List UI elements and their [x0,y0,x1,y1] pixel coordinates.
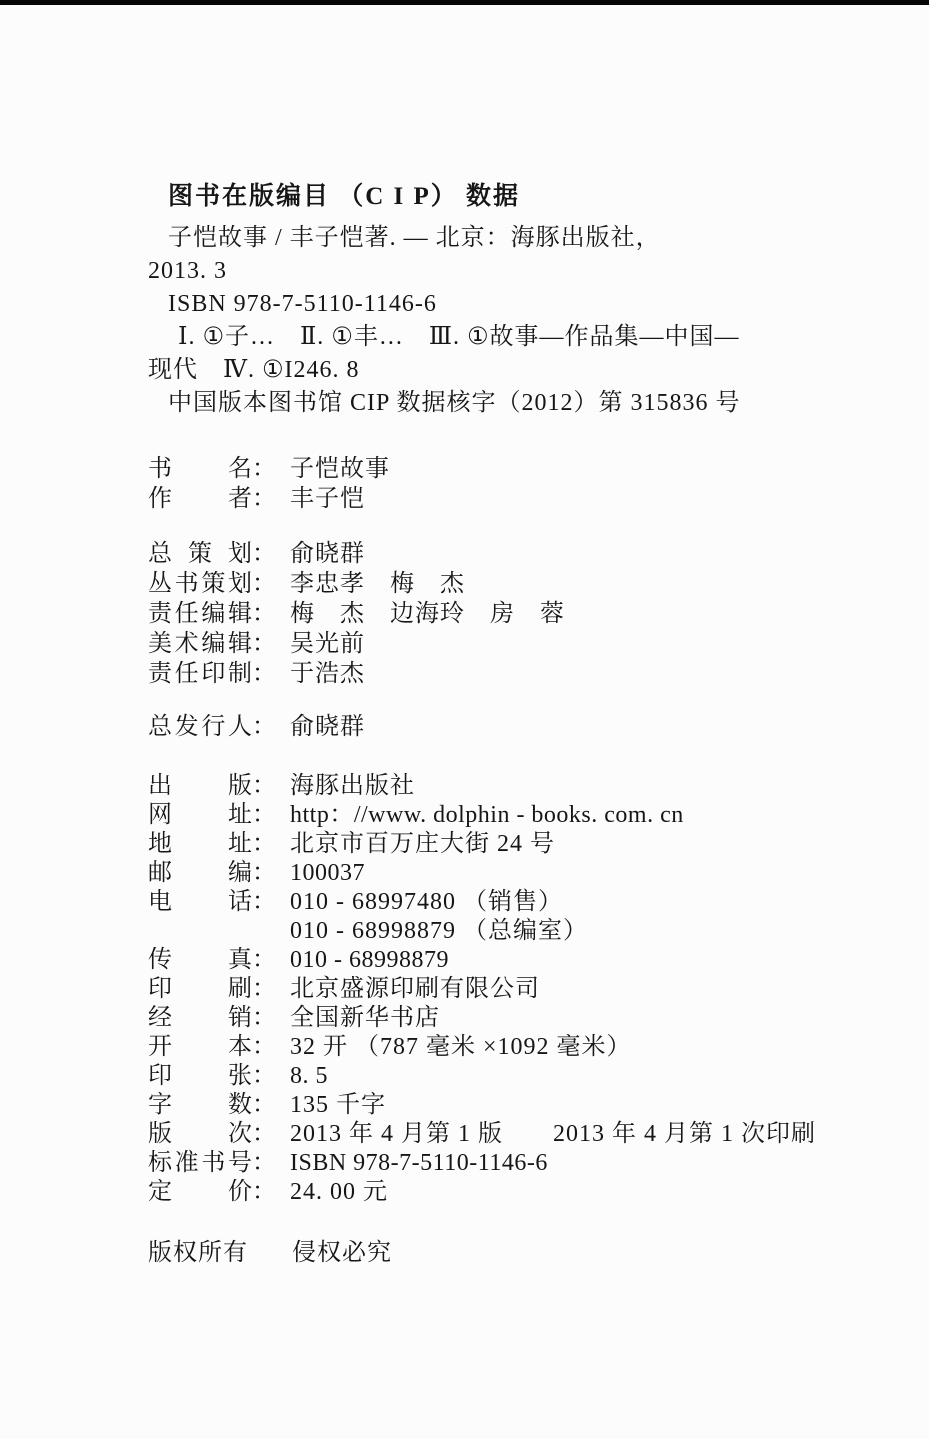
row-phone-2: 010 - 68998879 （总编室） [148,917,893,946]
row-label: 书名 [148,454,252,484]
row-postcode: 邮编：100037 [148,859,893,888]
cip-classification-2: 现代 Ⅳ. ①I246. 8 [148,354,893,387]
row-book-title: 书名：子恺故事 [148,454,893,484]
row-value: http：//www. dolphin - books. com. cn [290,802,684,828]
row-colon: ： [252,569,276,599]
row-label: 责任印制 [148,659,252,689]
row-format: 开本：32 开 （787 毫米 ×1092 毫米） [148,1033,893,1062]
row-word-count: 字数：135 千字 [148,1091,893,1120]
row-label: 地址 [148,830,252,859]
row-value: 全国新华书店 [290,1005,440,1031]
row-label: 责任编辑 [148,599,252,629]
row-art-editor: 美术编辑：吴光前 [148,629,893,659]
row-colon: ： [252,599,276,629]
row-price: 定价：24. 00 元 [148,1178,893,1207]
cip-isbn: ISBN 978-7-5110-1146-6 [148,288,893,321]
row-value: 010 - 68997480 （销售） [290,889,563,915]
row-value: 于浩杰 [290,661,365,687]
row-colon: ： [252,975,276,1004]
row-value: 8. 5 [290,1063,328,1089]
row-colon: ： [252,830,276,859]
row-value: 2013 年 4 月第 1 版 2013 年 4 月第 1 次印刷 [290,1121,816,1147]
row-fax: 传真：010 - 68998879 [148,946,893,975]
row-responsible-editor: 责任编辑：梅 杰 边海玲 房 蓉 [148,599,893,629]
row-colon: ： [252,888,276,917]
row-label: 印刷 [148,975,252,1004]
row-colon: ： [252,801,276,830]
row-author: 作者：丰子恺 [148,484,893,514]
row-value: 北京市百万庄大街 24 号 [290,831,555,857]
row-value: 丰子恺 [290,486,365,512]
row-label: 网址 [148,801,252,830]
row-colon: ： [252,1004,276,1033]
row-chief-planner: 总策划：俞晓群 [148,539,893,569]
row-colon: ： [252,1091,276,1120]
row-colon: ： [252,859,276,888]
row-value: 100037 [290,860,365,886]
row-series-planner: 丛书策划：李忠孝 梅 杰 [148,569,893,599]
cip-title-statement: 子恺故事 / 丰子恺著. — 北京：海豚出版社， [148,222,893,255]
row-label: 邮编 [148,859,252,888]
row-colon: ： [252,659,276,689]
cip-year: 2013. 3 [148,255,893,288]
row-colon: ： [252,629,276,659]
row-label: 丛书策划 [148,569,252,599]
row-print-supervisor: 责任印制：于浩杰 [148,659,893,689]
row-label: 开本 [148,1033,252,1062]
row-value: 子恺故事 [290,456,390,482]
row-value: ISBN 978-7-5110-1146-6 [290,1150,548,1176]
row-label: 字数 [148,1091,252,1120]
row-value: 010 - 68998879 （总编室） [290,918,588,944]
row-value: 北京盛源印刷有限公司 [290,976,540,1002]
row-standard-isbn: 标准书号：ISBN 978-7-5110-1146-6 [148,1149,893,1178]
copyright-notice-right: 侵权必究 [292,1240,392,1266]
cip-record-number: 中国版本图书馆 CIP 数据核字（2012）第 315836 号 [148,387,893,420]
row-colon: ： [252,1033,276,1062]
row-label: 经销 [148,1004,252,1033]
row-chief-publisher: 总发行人：俞晓群 [148,712,893,742]
row-value: 吴光前 [290,631,365,657]
row-phone: 电话：010 - 68997480 （销售） [148,888,893,917]
row-label: 电话 [148,888,252,917]
row-label: 印张 [148,1062,252,1091]
row-label: 总发行人 [148,712,252,742]
copyright-notice-left: 版权所有 [148,1240,248,1266]
row-label: 总策划 [148,539,252,569]
row-value: 俞晓群 [290,541,365,567]
row-colon: ： [252,1149,276,1178]
row-label: 美术编辑 [148,629,252,659]
row-colon: ： [252,772,276,801]
row-distributor: 经销：全国新华书店 [148,1004,893,1033]
row-colon: ： [252,1178,276,1207]
row-colon: ： [252,1120,276,1149]
cip-block: 图书在版编目 （C I P） 数据 子恺故事 / 丰子恺著. — 北京：海豚出版… [148,180,893,420]
row-label: 定价 [148,1178,252,1207]
cip-header: 图书在版编目 （C I P） 数据 [148,180,893,213]
publication-details: 出版：海豚出版社 网址：http：//www. dolphin - books.… [148,772,893,1207]
row-colon: ： [252,539,276,569]
row-value: 010 - 68998879 [290,947,449,973]
row-edition: 版次：2013 年 4 月第 1 版 2013 年 4 月第 1 次印刷 [148,1120,893,1149]
cip-classification-1: Ⅰ. ①子… Ⅱ. ①丰… Ⅲ. ①故事—作品集—中国— [148,321,893,354]
row-colon: ： [252,454,276,484]
row-website: 网址：http：//www. dolphin - books. com. cn [148,801,893,830]
row-label: 作者 [148,484,252,514]
row-value: 海豚出版社 [290,773,415,799]
page-content: 图书在版编目 （C I P） 数据 子恺故事 / 丰子恺著. — 北京：海豚出版… [148,180,893,1268]
scan-edge-bar [0,0,929,5]
row-colon: ： [252,484,276,514]
row-sheets: 印张：8. 5 [148,1062,893,1091]
row-publisher: 出版：海豚出版社 [148,772,893,801]
row-label: 传真 [148,946,252,975]
row-address: 地址：北京市百万庄大街 24 号 [148,830,893,859]
row-value: 135 千字 [290,1092,386,1118]
row-value: 梅 杰 边海玲 房 蓉 [290,601,565,627]
copyright-notice: 版权所有侵权必究 [148,1238,893,1268]
row-label: 出版 [148,772,252,801]
row-colon: ： [252,712,276,742]
row-printer: 印刷：北京盛源印刷有限公司 [148,975,893,1004]
row-label: 版次 [148,1120,252,1149]
row-label: 标准书号 [148,1149,252,1178]
row-colon: ： [252,946,276,975]
row-value: 李忠孝 梅 杰 [290,571,465,597]
row-value: 俞晓群 [290,714,365,740]
row-value: 24. 00 元 [290,1179,388,1205]
copyright-page: 图书在版编目 （C I P） 数据 子恺故事 / 丰子恺著. — 北京：海豚出版… [0,0,929,1439]
row-colon: ： [252,1062,276,1091]
row-value: 32 开 （787 毫米 ×1092 毫米） [290,1034,632,1060]
